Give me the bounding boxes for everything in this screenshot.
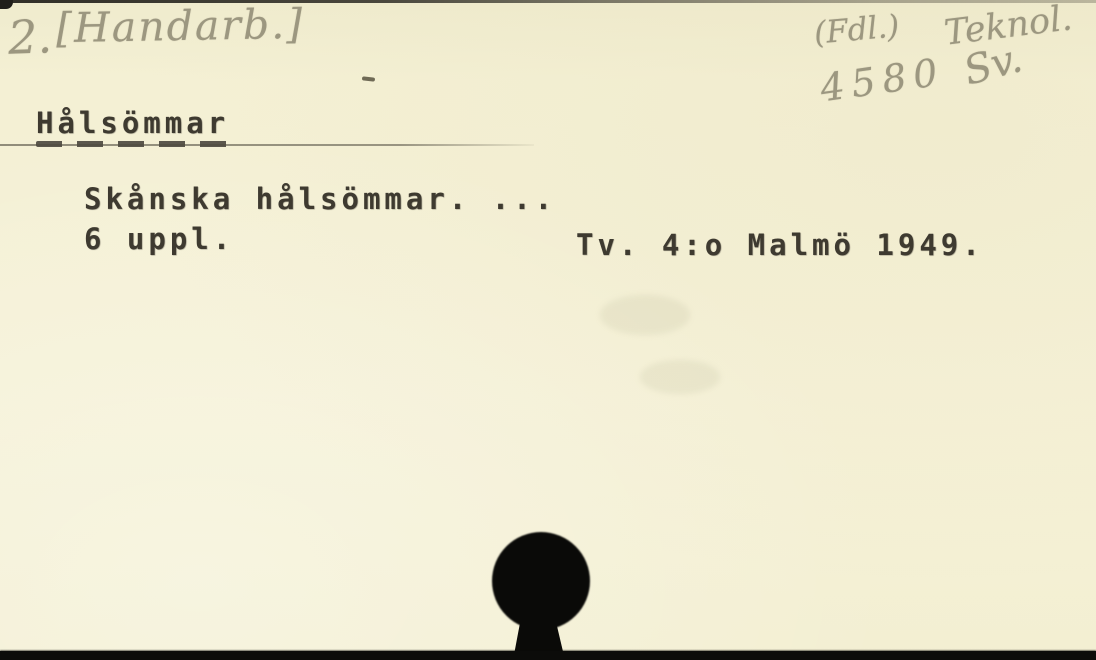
entry-title: Skånska hålsömmar. ... bbox=[84, 182, 556, 216]
smudge bbox=[640, 360, 720, 394]
heading-rule-line bbox=[0, 144, 534, 146]
card-bottom-edge bbox=[0, 651, 1096, 660]
punch-hole-icon bbox=[492, 532, 590, 630]
entry-edition: 6 uppl. bbox=[84, 222, 234, 256]
handwritten-abbreviation: (Fdl.) bbox=[813, 8, 901, 51]
catalog-card: 2. [Handarb.] (Fdl.) Teknol. 4580 Sv. Hå… bbox=[0, 0, 1096, 660]
pencil-stray-mark bbox=[362, 76, 375, 81]
card-heading: Hålsömmar bbox=[36, 106, 229, 140]
handwritten-class-number: 2. bbox=[7, 9, 53, 64]
handwritten-accession-number: 4580 bbox=[818, 50, 948, 111]
smudge bbox=[600, 295, 690, 335]
entry-imprint: Tv. 4:o Malmö 1949. bbox=[576, 228, 984, 262]
card-corner-shadow bbox=[0, 0, 13, 9]
handwritten-subject-heading: [Handarb.] bbox=[56, 0, 305, 52]
